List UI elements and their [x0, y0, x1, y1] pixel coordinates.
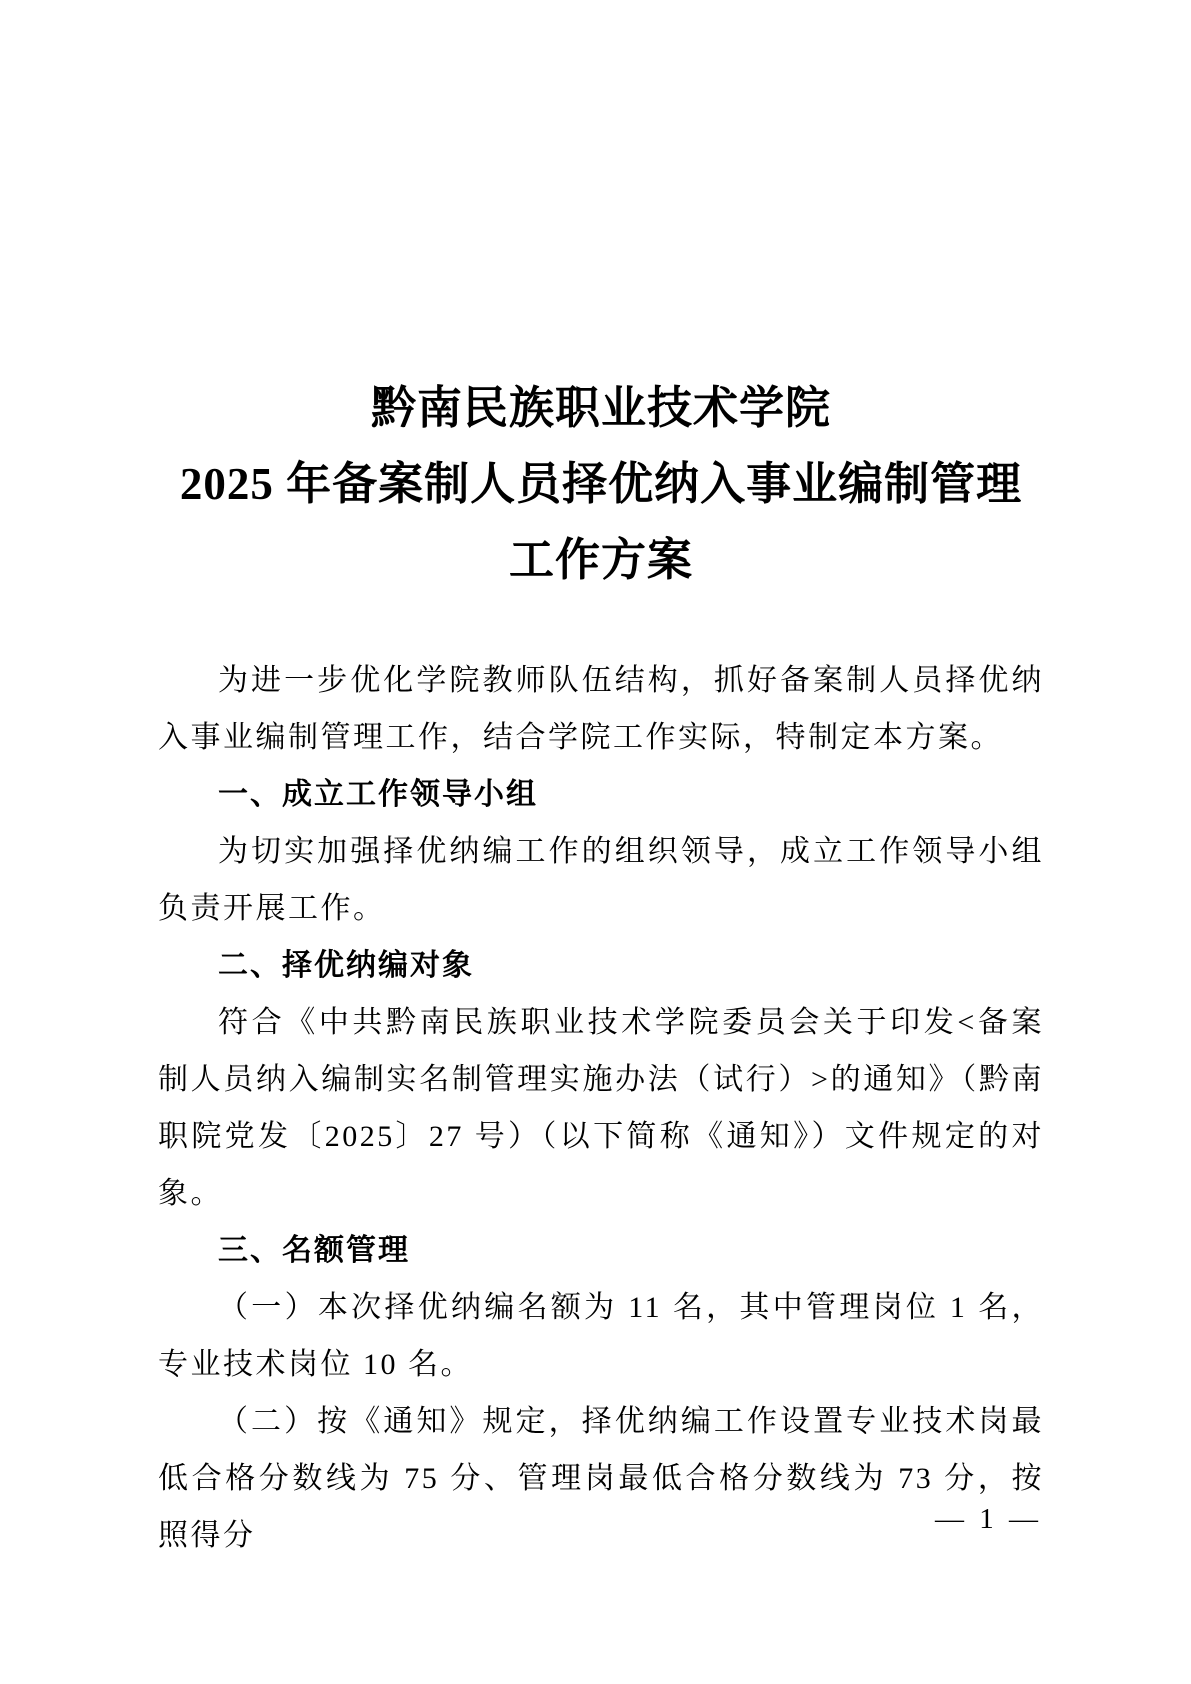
section-heading-3: 三、名额管理: [158, 1222, 1044, 1279]
title-line-3: 工作方案: [158, 522, 1044, 598]
section-1-paragraph: 为切实加强择优纳编工作的组织领导，成立工作领导小组负责开展工作。: [158, 823, 1044, 937]
document-body: 为进一步优化学院教师队伍结构，抓好备案制人员择优纳入事业编制管理工作，结合学院工…: [158, 652, 1044, 1564]
title-line-1: 黔南民族职业技术学院: [158, 370, 1044, 446]
section-3-paragraph-2: （二）按《通知》规定，择优纳编工作设置专业技术岗最低合格分数线为 75 分、管理…: [158, 1393, 1044, 1564]
section-heading-1: 一、成立工作领导小组: [158, 766, 1044, 823]
document-title: 黔南民族职业技术学院 2025 年备案制人员择优纳入事业编制管理 工作方案: [158, 370, 1044, 598]
title-line-2: 2025 年备案制人员择优纳入事业编制管理: [158, 446, 1044, 522]
intro-paragraph: 为进一步优化学院教师队伍结构，抓好备案制人员择优纳入事业编制管理工作，结合学院工…: [158, 652, 1044, 766]
section-3-paragraph-1: （一）本次择优纳编名额为 11 名，其中管理岗位 1 名，专业技术岗位 10 名…: [158, 1279, 1044, 1393]
page-number: — 1 —: [935, 1502, 1042, 1536]
section-2-paragraph: 符合《中共黔南民族职业技术学院委员会关于印发<备案制人员纳入编制实名制管理实施办…: [158, 994, 1044, 1222]
document-page: 黔南民族职业技术学院 2025 年备案制人员择优纳入事业编制管理 工作方案 为进…: [0, 0, 1191, 1684]
section-heading-2: 二、择优纳编对象: [158, 937, 1044, 994]
